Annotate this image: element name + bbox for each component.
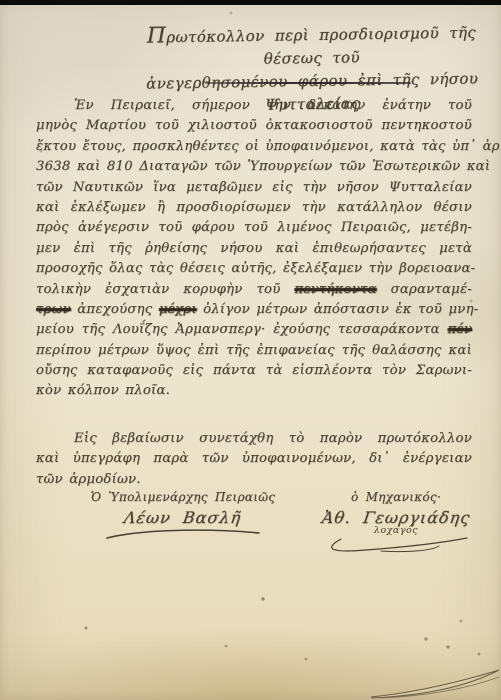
signature-flourish-right [321, 535, 471, 555]
manuscript-text: περίπου μέτρων ὕψος ἐπὶ τῆς ἐπιφανείας τ… [36, 343, 472, 358]
manuscript-text: κὸν κόλπον πλοῖα. [36, 383, 170, 398]
manuscript-text: καὶ ὑπεγράφη παρὰ τῶν ὑποφαινομένων, δι᾽… [36, 451, 472, 466]
signatory-title-left: Ὁ Ὑπολιμενάρχης Πειραιῶς [91, 490, 276, 504]
title-divider-rule [205, 82, 411, 84]
manuscript-text: τῶν ἁρμοδίων. [36, 472, 141, 487]
manuscript-line: ἕκτου ἔτους, προσκληθέντες οἱ ὑποφαινόμε… [36, 137, 472, 157]
manuscript-line: τολικὴν ἐσχατιὰν κορυφὴν τοῦ πεντήκοντα … [36, 280, 472, 300]
manuscript-text: οὔσης καταφανοῦς εἰς πάντα τὰ εἰσπλέοντα… [36, 363, 472, 378]
manuscript-line: πρὸς ἀνέγερσιν τοῦ φάρου τοῦ λιμένος Πει… [36, 218, 472, 238]
manuscript-text: Ἐν Πειραιεῖ, σήμερον τὴν δεκάτην ἐνάτην … [74, 98, 472, 113]
signatory-title-right: ὁ Μηχανικός· [351, 490, 441, 504]
body-paragraph-1: Ἐν Πειραιεῖ, σήμερον τὴν δεκάτην ἐνάτην … [36, 96, 472, 402]
manuscript-text: σαρανταμέ- [377, 282, 472, 297]
manuscript-line: οὔσης καταφανοῦς εἰς πάντα τὰ εἰσπλέοντα… [36, 361, 472, 381]
manuscript-text: προσοχῆς ὅλας τὰς θέσεις αὐτῆς, ἐξελέξαμ… [36, 261, 475, 276]
manuscript-text: ἀπεχούσης [71, 302, 159, 317]
manuscript-text: τολικὴν ἐσχατιὰν κορυφὴν τοῦ [36, 282, 294, 297]
manuscript-line: μεν ἐπὶ τῆς ῥηθείσης νήσου καὶ ἐπιθεωρήσ… [36, 239, 472, 259]
manuscript-text: ὀλίγον μέτρων ἀπόστασιν ἐκ τοῦ μνη- [197, 302, 479, 317]
manuscript-text: Εἰς βεβαίωσιν συνετάχθη τὸ παρὸν πρωτόκο… [74, 431, 472, 446]
manuscript-text: ἕκτου ἔτους, προσκληθέντες οἱ ὑποφαινόμε… [36, 139, 501, 154]
manuscript-line: τῶν Ναυτικῶν ἵνα μεταβῶμεν εἰς τὴν νῆσον… [36, 178, 472, 198]
manuscript-line: κὸν κόλπον πλοῖα. [36, 381, 472, 401]
scanned-document-page: Πρωτόκολλον περὶ προσδιορισμοῦ τῆς θέσεω… [0, 0, 501, 700]
signature-row: Ὁ Ὑπολιμενάρχης Πειραιῶς Λέων Βασλῆ ὁ Μη… [0, 490, 501, 555]
manuscript-text: μηνὸς Μαρτίου τοῦ χιλιοστοῦ ὀκτακοσιοστο… [36, 118, 472, 133]
struck-out-word: μέχρι [159, 300, 197, 320]
signature-name-left: Λέων Βασλῆ [123, 508, 243, 527]
manuscript-text: τῶν Ναυτικῶν ἵνα μεταβῶμεν εἰς τὴν νῆσον… [36, 180, 472, 195]
manuscript-line: Εἰς βεβαίωσιν συνετάχθη τὸ παρὸν πρωτόκο… [36, 429, 472, 449]
manuscript-line: 3638 καὶ 810 Διαταγῶν τῶν Ὑπουργείων τῶν… [36, 157, 472, 177]
manuscript-text: πρὸς ἀνέγερσιν τοῦ φάρου τοῦ λιμένος Πει… [36, 220, 472, 235]
manuscript-line: καὶ ἐκλέξωμεν ἢ προσδιορίσωμεν τὴν κατάλ… [36, 198, 472, 218]
struck-out-word: τρων [36, 300, 71, 320]
manuscript-line: καὶ ὑπεγράφη παρὰ τῶν ὑποφαινομένων, δι᾽… [36, 449, 472, 469]
document-title-line-1: Πρωτόκολλον περὶ προσδιορισμοῦ τῆς θέσεω… [137, 19, 486, 72]
manuscript-line: προσοχῆς ὅλας τὰς θέσεις αὐτῆς, ἐξελέξαμ… [36, 259, 472, 279]
struck-out-word: πεντήκοντα [294, 280, 376, 300]
body-paragraph-2: Εἰς βεβαίωσιν συνετάχθη τὸ παρὸν πρωτόκο… [36, 429, 472, 490]
manuscript-text: καὶ ἐκλέξωμεν ἢ προσδιορίσωμεν τὴν κατάλ… [36, 200, 472, 215]
signature-block-left: Ὁ Ὑπολιμενάρχης Πειραιῶς Λέων Βασλῆ [88, 490, 278, 555]
manuscript-text: 3638 καὶ 810 Διαταγῶν τῶν Ὑπουργείων τῶν… [36, 159, 490, 174]
paper-foxing-specks [0, 0, 2, 2]
manuscript-line: τῶν ἁρμοδίων. [36, 470, 472, 490]
scan-edge-bar [0, 0, 501, 5]
manuscript-line: Ἐν Πειραιεῖ, σήμερον τὴν δεκάτην ἐνάτην … [36, 96, 472, 116]
manuscript-text: μείου τῆς Λουΐζης Ἀρμανσπεργ· ἐχούσης τε… [36, 322, 447, 337]
signature-flourish-left [103, 526, 263, 540]
manuscript-line: μείου τῆς Λουΐζης Ἀρμανσπεργ· ἐχούσης τε… [36, 320, 472, 340]
manuscript-line: περίπου μέτρων ὕψος ἐπὶ τῆς ἐπιφανείας τ… [36, 341, 472, 361]
struck-out-word: πέν [447, 320, 472, 340]
manuscript-line: τρων ἀπεχούσης μέχρι ὀλίγον μέτρων ἀπόστ… [36, 300, 472, 320]
manuscript-text: μεν ἐπὶ τῆς ῥηθείσης νήσου καὶ ἐπιθεωρήσ… [36, 241, 472, 256]
signature-name-right: Ἀθ. Γεωργιάδης [320, 508, 471, 527]
manuscript-line: μηνὸς Μαρτίου τοῦ χιλιοστοῦ ὀκτακοσιοστο… [36, 116, 472, 136]
page-corner-curl [371, 665, 501, 699]
signature-block-right: ὁ Μηχανικός· Ἀθ. Γεωργιάδης λοχαγός [316, 490, 476, 555]
